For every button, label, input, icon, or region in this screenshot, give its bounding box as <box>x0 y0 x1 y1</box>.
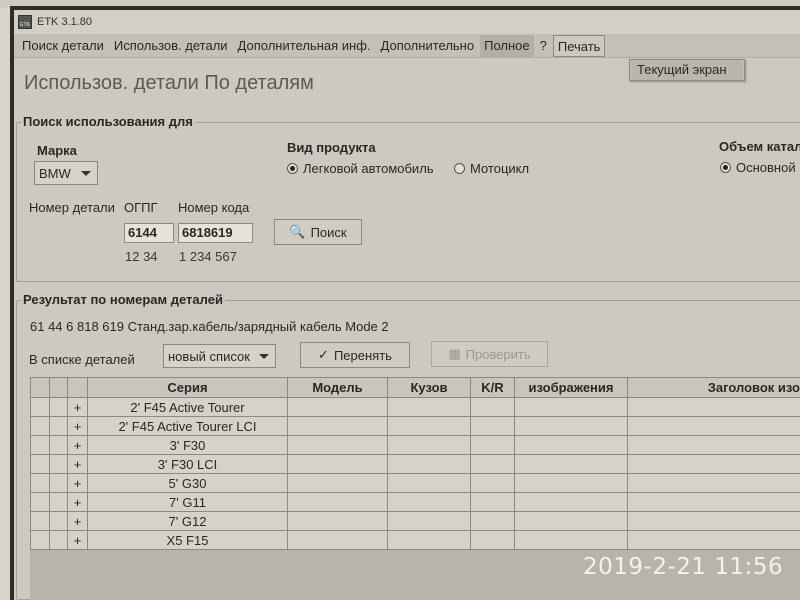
parts-list-select[interactable]: новый список <box>163 344 276 368</box>
expand-plus-icon[interactable]: + <box>68 436 88 455</box>
empty-cell <box>50 436 68 455</box>
title-bar: ETK ETK 3.1.80 <box>14 10 800 34</box>
column-header[interactable] <box>68 378 88 398</box>
empty-cell <box>50 398 68 417</box>
table-row[interactable]: +7' G12 <box>31 512 800 531</box>
check-document-icon: ▦ <box>448 346 460 362</box>
menu-item-current-screen[interactable]: Текущий экран <box>631 60 743 80</box>
code-number-input[interactable]: 6818619 <box>178 223 253 243</box>
empty-cell <box>288 474 388 493</box>
menu-6[interactable]: Печать <box>553 35 606 57</box>
menu-0[interactable]: Поиск детали <box>18 35 108 57</box>
magnifier-icon: 🔍 <box>289 224 305 240</box>
empty-cell <box>515 455 628 474</box>
check-button[interactable]: ▦ Проверить <box>431 341 548 367</box>
table-header-row: СерияМодельКузовK/RизображенияЗаголовок … <box>31 378 800 398</box>
photo-timestamp: 2019-2-21 11:56 <box>583 554 783 580</box>
empty-cell <box>50 512 68 531</box>
menu-4[interactable]: Полное <box>480 35 534 57</box>
series-cell: 3' F30 LCI <box>88 455 288 474</box>
ogpg-input[interactable]: 6144 <box>124 223 174 243</box>
empty-cell <box>388 455 471 474</box>
empty-cell <box>288 398 388 417</box>
expand-plus-icon[interactable]: + <box>68 474 88 493</box>
empty-cell <box>50 531 68 550</box>
code-number-label: Номер кода <box>178 200 249 215</box>
empty-cell <box>288 417 388 436</box>
series-cell: 2' F45 Active Tourer <box>88 398 288 417</box>
checkmark-icon: ✓ <box>318 347 329 363</box>
table-body: +2' F45 Active Tourer+2' F45 Active Tour… <box>31 398 800 550</box>
column-header[interactable]: изображения <box>515 378 628 398</box>
part-number-label: Номер детали <box>29 200 115 215</box>
empty-cell <box>50 493 68 512</box>
empty-cell <box>288 493 388 512</box>
menu-bar: Поиск деталиИспользов. деталиДополнитель… <box>14 34 800 58</box>
series-cell: X5 F15 <box>88 531 288 550</box>
empty-cell <box>471 436 515 455</box>
empty-cell <box>515 436 628 455</box>
expand-plus-icon[interactable]: + <box>68 493 88 512</box>
empty-cell <box>471 455 515 474</box>
empty-cell <box>471 493 515 512</box>
column-header[interactable]: K/R <box>471 378 515 398</box>
product-type-label: Вид продукта <box>287 140 376 155</box>
catalog-scope-label: Объем катал <box>719 139 800 154</box>
empty-cell <box>628 474 800 493</box>
empty-cell <box>515 417 628 436</box>
empty-cell <box>471 531 515 550</box>
series-table: СерияМодельКузовK/RизображенияЗаголовок … <box>30 377 800 550</box>
chevron-down-icon <box>259 354 269 359</box>
radio-selected-icon <box>720 162 731 173</box>
menu-1[interactable]: Использов. детали <box>110 35 232 57</box>
ogpg-format-hint: 12 34 <box>125 249 158 264</box>
radio-main-catalog[interactable]: Основной к <box>720 160 800 175</box>
empty-cell <box>471 474 515 493</box>
table-row[interactable]: +3' F30 LCI <box>31 455 800 474</box>
empty-cell <box>31 512 50 531</box>
table-row[interactable]: +5' G30 <box>31 474 800 493</box>
series-cell: 3' F30 <box>88 436 288 455</box>
radio-selected-icon <box>287 163 298 174</box>
radio-motorcycle[interactable]: Мотоцикл <box>454 161 529 176</box>
expand-plus-icon[interactable]: + <box>68 417 88 436</box>
empty-cell <box>288 455 388 474</box>
empty-cell <box>628 531 800 550</box>
brand-value: BMW <box>39 166 71 181</box>
search-button[interactable]: 🔍 Поиск <box>274 219 362 245</box>
empty-cell <box>628 455 800 474</box>
empty-cell <box>628 493 800 512</box>
menu-5[interactable]: ? <box>536 35 551 57</box>
empty-cell <box>31 417 50 436</box>
empty-cell <box>31 455 50 474</box>
menu-2[interactable]: Дополнительная инф. <box>234 35 375 57</box>
empty-cell <box>471 398 515 417</box>
empty-cell <box>515 398 628 417</box>
table-row[interactable]: +3' F30 <box>31 436 800 455</box>
parts-list-value: новый список <box>168 349 250 364</box>
column-header[interactable]: Модель <box>288 378 388 398</box>
expand-plus-icon[interactable]: + <box>68 531 88 550</box>
series-cell: 7' G11 <box>88 493 288 512</box>
column-header[interactable]: Заголовок изоб <box>628 378 800 398</box>
page-title: Использов. детали По деталям <box>24 72 314 95</box>
brand-label: Марка <box>37 143 77 158</box>
apply-button[interactable]: ✓ Перенять <box>300 342 410 368</box>
empty-cell <box>31 474 50 493</box>
result-group-label: Результат по номерам деталей <box>21 292 225 307</box>
column-header[interactable] <box>31 378 50 398</box>
radio-unselected-icon <box>454 163 465 174</box>
empty-cell <box>628 398 800 417</box>
code-format-hint: 1 234 567 <box>179 249 237 264</box>
column-header[interactable]: Кузов <box>388 378 471 398</box>
expand-plus-icon[interactable]: + <box>68 398 88 417</box>
empty-cell <box>388 493 471 512</box>
empty-cell <box>515 493 628 512</box>
ogpg-label: ОГПГ <box>124 200 158 215</box>
table-row[interactable]: +X5 F15 <box>31 531 800 550</box>
window-title: ETK 3.1.80 <box>37 16 92 28</box>
empty-cell <box>50 474 68 493</box>
empty-cell <box>288 512 388 531</box>
empty-cell <box>388 531 471 550</box>
empty-cell <box>388 436 471 455</box>
series-cell: 7' G12 <box>88 512 288 531</box>
expand-plus-icon[interactable]: + <box>68 512 88 531</box>
part-description: 61 44 6 818 619 Станд.зар.кабель/зарядны… <box>30 319 389 334</box>
column-header[interactable] <box>50 378 68 398</box>
table-row[interactable]: +2' F45 Active Tourer <box>31 398 800 417</box>
empty-cell <box>471 512 515 531</box>
empty-cell <box>515 531 628 550</box>
empty-cell <box>515 512 628 531</box>
menu-3[interactable]: Дополнительно <box>377 35 479 57</box>
parts-list-label: В списке деталей <box>29 352 135 367</box>
table-row[interactable]: +2' F45 Active Tourer LCI <box>31 417 800 436</box>
empty-cell <box>628 417 800 436</box>
table-row[interactable]: +7' G11 <box>31 493 800 512</box>
empty-cell <box>515 474 628 493</box>
empty-cell <box>50 455 68 474</box>
print-dropdown-menu: Текущий экран <box>629 59 745 81</box>
column-header[interactable]: Серия <box>88 378 288 398</box>
empty-cell <box>388 417 471 436</box>
empty-cell <box>288 436 388 455</box>
etk-app-icon: ETK <box>18 15 32 29</box>
brand-select[interactable]: BMW <box>34 161 98 185</box>
empty-cell <box>471 417 515 436</box>
series-cell: 5' G30 <box>88 474 288 493</box>
chevron-down-icon <box>81 171 91 176</box>
empty-cell <box>50 417 68 436</box>
empty-cell <box>288 531 388 550</box>
empty-cell <box>31 493 50 512</box>
empty-cell <box>388 474 471 493</box>
empty-cell <box>31 436 50 455</box>
empty-cell <box>388 512 471 531</box>
empty-cell <box>388 398 471 417</box>
radio-passenger-car[interactable]: Легковой автомобиль <box>287 161 434 176</box>
series-cell: 2' F45 Active Tourer LCI <box>88 417 288 436</box>
search-group-label: Поиск использования для <box>21 114 195 129</box>
empty-cell <box>31 531 50 550</box>
empty-cell <box>31 398 50 417</box>
empty-cell <box>628 512 800 531</box>
empty-cell <box>628 436 800 455</box>
expand-plus-icon[interactable]: + <box>68 455 88 474</box>
